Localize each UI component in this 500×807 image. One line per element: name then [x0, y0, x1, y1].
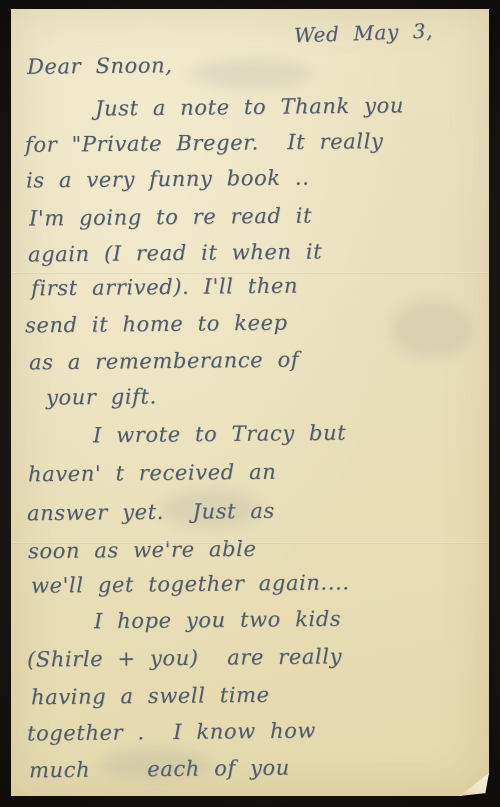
letter-body: Wed May 3,Dear Snoon,Just a note to Than…	[11, 9, 489, 796]
letter-line: together . I know how	[27, 718, 316, 745]
letter-line: for "Private Breger. It really	[25, 129, 384, 157]
letter-line: I'm going to re read it	[29, 204, 312, 231]
ink-bleed-smudge	[391, 299, 471, 359]
salutation-line: Dear Snoon,	[27, 53, 173, 79]
letter-line: answer yet. Just as	[27, 499, 275, 526]
letter-line: as a rememberance of	[29, 348, 299, 375]
letter-line: again (I read it when it	[28, 239, 322, 266]
letter-line: send it home to keep	[25, 311, 288, 338]
letter-line: haven' t received an	[28, 460, 276, 487]
letter-line: I wrote to Tracy but	[93, 421, 346, 448]
letter-line: soon as we're able	[28, 537, 257, 563]
letter-line: first arrived). I'll then	[31, 274, 298, 301]
letter-line: I hope you two kids	[94, 607, 341, 634]
ink-bleed-smudge	[191, 59, 311, 89]
letter-line: Just a note to Thank you	[95, 93, 404, 120]
date-line: Wed May 3,	[294, 19, 434, 48]
letter-line: we'll get together again....	[31, 570, 350, 597]
photo-background: Wed May 3,Dear Snoon,Just a note to Than…	[0, 0, 500, 807]
letter-line: (Shirle + you) are really	[27, 644, 342, 671]
fold-flap	[459, 772, 489, 796]
letter-line: your gift.	[46, 384, 157, 409]
letter-paper: Wed May 3,Dear Snoon,Just a note to Than…	[11, 9, 489, 796]
letter-line: having a swell time	[31, 683, 270, 709]
folded-corner	[459, 772, 489, 796]
letter-line: is a very funny book ..	[26, 166, 310, 193]
letter-line: much each of you	[29, 756, 290, 783]
